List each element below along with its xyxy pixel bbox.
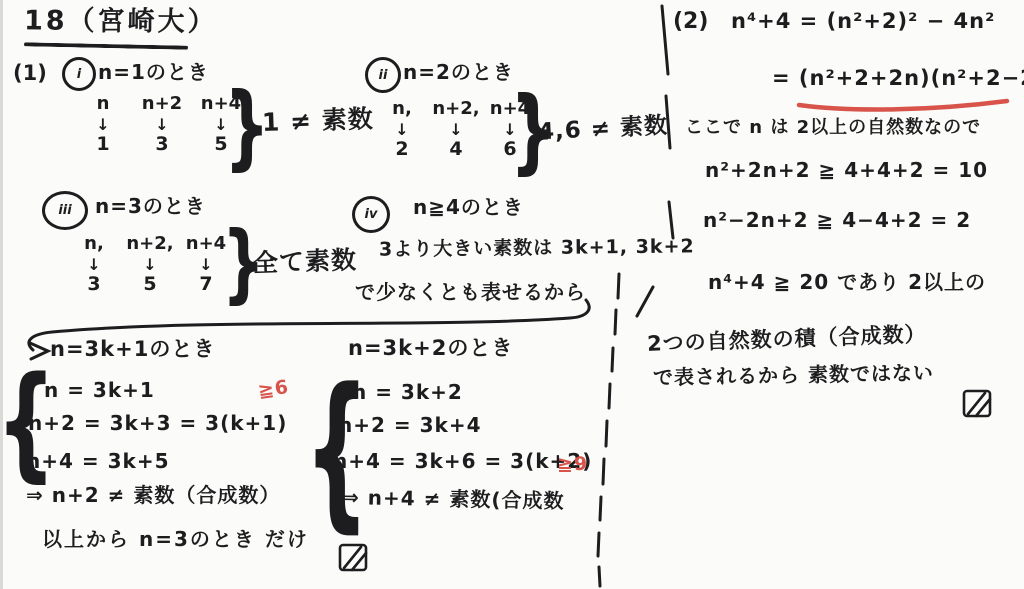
case-i-heading: n=1のとき bbox=[98, 61, 209, 84]
case-i-note: 1 ≠ 素数 bbox=[262, 105, 375, 138]
handwritten-math-notes-page: 18（宮崎大） (1) i n=1のとき n ↓ 1 n+2 ↓ 3 n+4 ↓… bbox=[0, 0, 1024, 589]
case-i-col-1: n ↓ 1 bbox=[80, 94, 126, 156]
subcase1-conclusion: ⇒ n+2 ≠ 素数（合成数） bbox=[26, 484, 280, 507]
case-iii-note: 全て素数 bbox=[253, 246, 358, 278]
problem-title: 18（宮崎大） bbox=[24, 5, 218, 37]
case-ii-marker: ii bbox=[365, 57, 401, 93]
qed-box-left bbox=[340, 545, 366, 570]
term-label: n+2 bbox=[139, 94, 185, 115]
case-iii-marker: iii bbox=[42, 191, 88, 230]
subcase1-equation-3: n+4 = 3k+5 bbox=[26, 450, 170, 473]
down-arrow-icon: ↓ bbox=[72, 255, 116, 274]
case-iii-col-1: n, ↓ 3 bbox=[72, 234, 116, 296]
down-arrow-icon: ↓ bbox=[80, 115, 126, 134]
case-ii-heading: n=2のとき bbox=[403, 61, 514, 84]
part2-line-5: n²−2n+2 ≧ 4−4+2 = 2 bbox=[703, 209, 971, 232]
case-ii-col-1: n, ↓ 2 bbox=[380, 99, 424, 161]
subcase1-equation-1: n = 3k+1 bbox=[44, 379, 155, 402]
subcase2-equation-3: n+4 = 3k+6 = 3(k+2) bbox=[333, 450, 592, 473]
term-value: 5 bbox=[126, 274, 174, 296]
term-label: n+2, bbox=[126, 234, 174, 255]
case-iv-heading: n≧4のとき bbox=[413, 196, 524, 219]
term-value: 1 bbox=[80, 134, 126, 156]
down-arrow-icon: ↓ bbox=[139, 115, 185, 134]
part2-label: (2) bbox=[673, 9, 708, 34]
subcase2-equation-2: n+2 = 3k+4 bbox=[338, 414, 482, 437]
subcase2-conclusion: ⇒ n+4 ≠ 素数(合成数 bbox=[342, 486, 565, 513]
term-label: n, bbox=[380, 99, 424, 120]
term-value: 2 bbox=[380, 139, 424, 161]
column-divider-dashed-line bbox=[598, 6, 673, 586]
qed-box-right bbox=[964, 391, 990, 416]
case-ii-col-2: n+2, ↓ 4 bbox=[432, 99, 480, 161]
down-arrow-icon: ↓ bbox=[380, 120, 424, 139]
case-iv-line-1: 3より大きい素数は 3k+1, 3k+2 bbox=[379, 236, 695, 261]
case-i-col-2: n+2 ↓ 3 bbox=[139, 94, 185, 156]
case-iii-table: n, ↓ 3 n+2, ↓ 5 n+4 ↓ 7 bbox=[72, 234, 228, 296]
part2-line-3: ここで n は 2以上の自然数なので bbox=[685, 118, 981, 139]
part2-line-6: n⁴+4 ≧ 20 であり 2以上の bbox=[708, 271, 986, 294]
subcase1-heading: n=3k+1のとき bbox=[50, 337, 215, 361]
subcase2-equation-1: n = 3k+2 bbox=[352, 381, 463, 404]
subcase2-red-bound-note: ≧9 bbox=[557, 454, 588, 476]
part2-line-8: で表されるから 素数ではない bbox=[653, 362, 934, 390]
case-iv-marker: iv bbox=[352, 196, 390, 233]
term-label: n, bbox=[72, 234, 116, 255]
term-label: n+2, bbox=[432, 99, 480, 120]
final-conclusion-part1: 以上から n=3のとき だけ bbox=[42, 528, 309, 551]
red-underline-stroke bbox=[799, 101, 1007, 110]
case-i-table: n ↓ 1 n+2 ↓ 3 n+4 ↓ 5 bbox=[80, 94, 244, 156]
case-ii-note: 4,6 ≠ 素数 bbox=[537, 113, 668, 146]
case-iv-line-2: で少なくとも表せるから bbox=[355, 281, 586, 304]
case-i-marker: i bbox=[62, 57, 96, 91]
down-arrow-icon: ↓ bbox=[126, 255, 174, 274]
term-value: 3 bbox=[139, 134, 185, 156]
case-iii-col-2: n+2, ↓ 5 bbox=[126, 234, 174, 296]
term-label: n bbox=[80, 94, 126, 115]
part2-line-7: 2つの自然数の積（合成数） bbox=[647, 322, 927, 356]
title-underline bbox=[24, 42, 188, 49]
part1-label: (1) bbox=[13, 61, 47, 85]
subcase2-heading: n=3k+2のとき bbox=[348, 336, 513, 360]
part2-line-1: n⁴+4 = (n²+2)² − 4n² bbox=[731, 9, 995, 33]
down-arrow-icon: ↓ bbox=[432, 120, 480, 139]
subcase1-red-bound-note: ≧6 bbox=[257, 377, 291, 403]
case-iii-heading: n=3のとき bbox=[95, 195, 206, 218]
term-value: 3 bbox=[72, 274, 116, 296]
part2-line-4: n²+2n+2 ≧ 4+4+2 = 10 bbox=[705, 159, 988, 182]
part2-line-2-factored: = (n²+2+2n)(n²+2−2n) bbox=[772, 66, 1024, 90]
term-value: 4 bbox=[432, 139, 480, 161]
subcase1-equation-2: n+2 = 3k+3 = 3(k+1) bbox=[28, 412, 287, 435]
